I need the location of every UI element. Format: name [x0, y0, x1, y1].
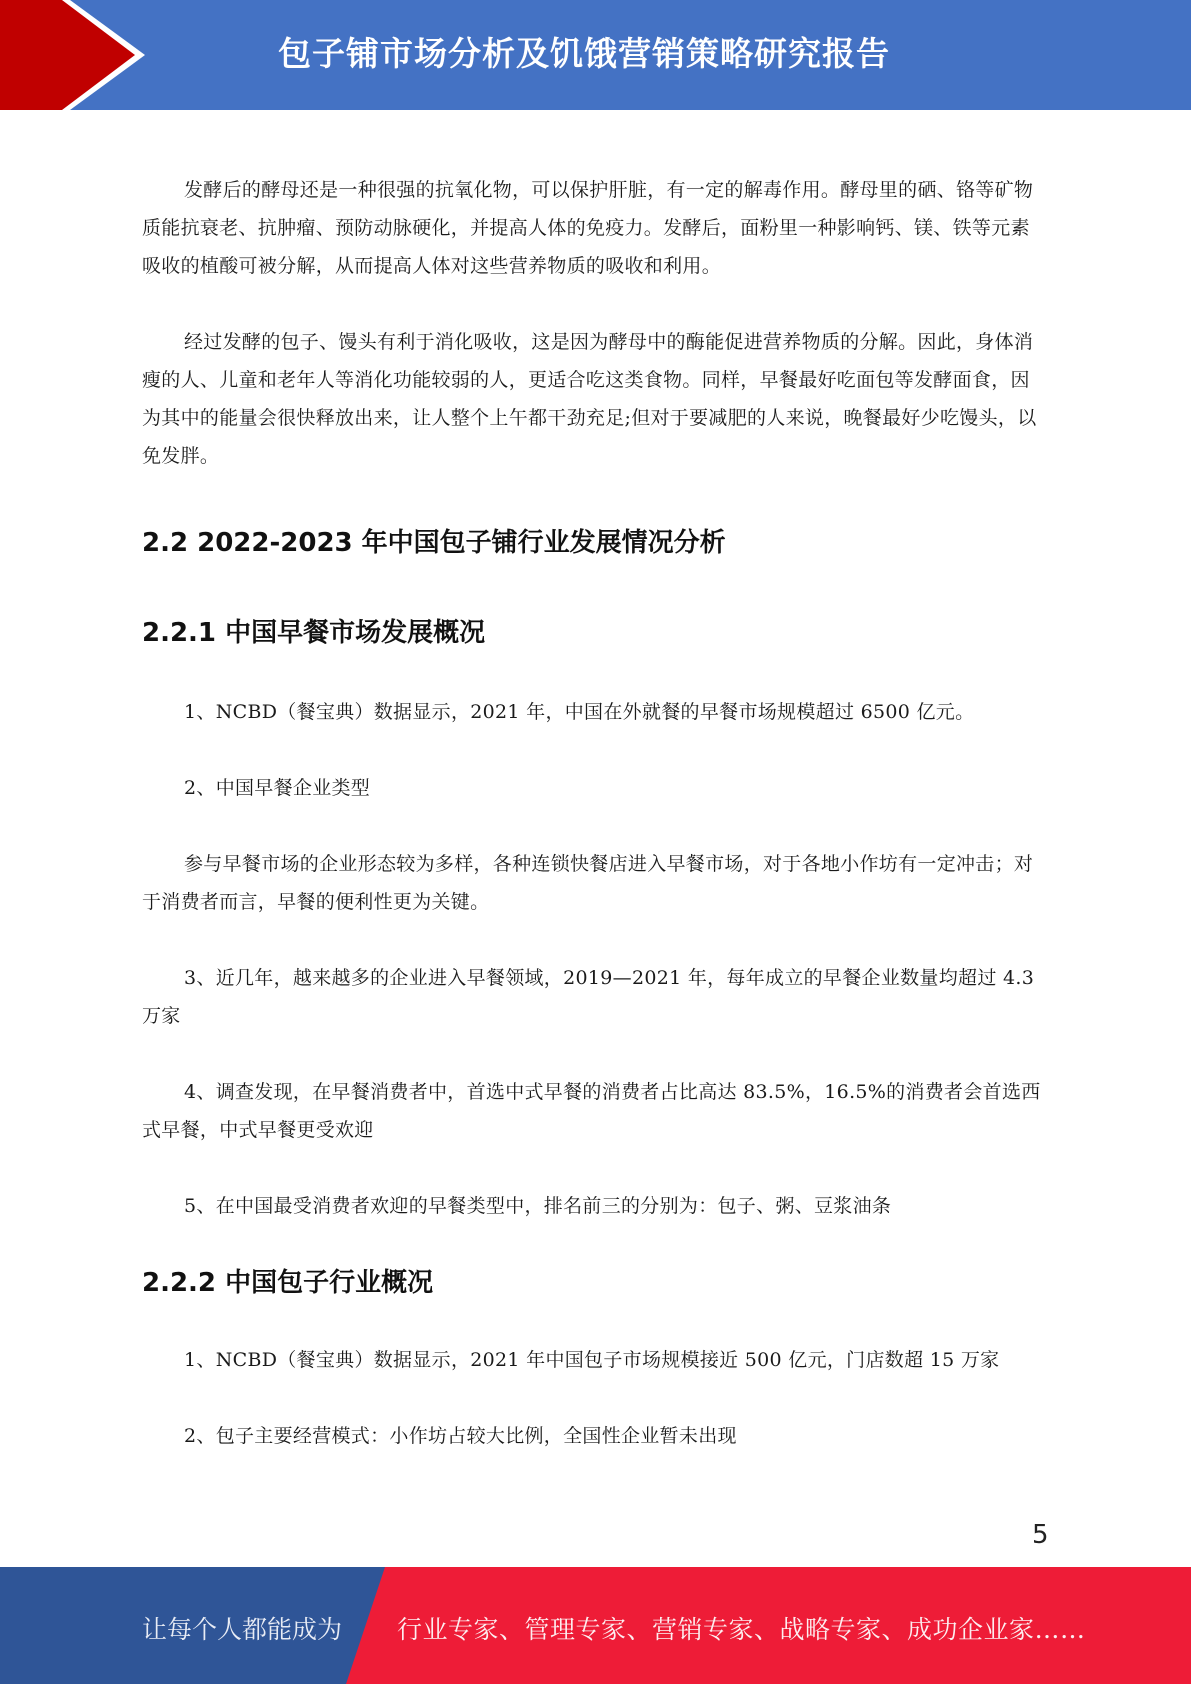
- list-item: 1、NCBD（餐宝典）数据显示，2021 年中国包子市场规模接近 500 亿元，…: [142, 1341, 1047, 1379]
- page-footer: 让每个人都能成为 行业专家、管理专家、营销专家、战略专家、成功企业家……: [0, 1567, 1191, 1684]
- footer-slogan-left: 让每个人都能成为: [142, 1610, 342, 1646]
- section-heading-2-2-2: 2.2.2 中国包子行业概况: [142, 1262, 433, 1299]
- page-header: 包子铺市场分析及饥饿营销策略研究报告: [0, 0, 1191, 110]
- report-title: 包子铺市场分析及饥饿营销策略研究报告: [278, 28, 890, 75]
- section-heading-2-2-1: 2.2.1 中国早餐市场发展概况: [142, 612, 485, 649]
- page-number: 5: [1032, 1520, 1049, 1550]
- list-item: 4、调查发现，在早餐消费者中，首选中式早餐的消费者占比高达 83.5%，16.5…: [142, 1073, 1047, 1149]
- list-item: 2、包子主要经营模式：小作坊占较大比例，全国性企业暂未出现: [142, 1417, 1047, 1455]
- list-item: 5、在中国最受消费者欢迎的早餐类型中，排名前三的分别为：包子、粥、豆浆油条: [142, 1187, 1047, 1225]
- paragraph-fermentation-digestion: 经过发酵的包子、馒头有利于消化吸收，这是因为酵母中的酶能促进营养物质的分解。因此…: [142, 323, 1047, 475]
- red-arrow-decoration: [0, 0, 160, 110]
- paragraph-fermentation-antioxidant: 发酵后的酵母还是一种很强的抗氧化物，可以保护肝脏，有一定的解毒作用。酵母里的硒、…: [142, 171, 1047, 285]
- list-item: 3、近几年，越来越多的企业进入早餐领域，2019—2021 年，每年成立的早餐企…: [142, 959, 1047, 1035]
- footer-slogan-right: 行业专家、管理专家、营销专家、战略专家、成功企业家……: [397, 1610, 1086, 1646]
- list-item: 1、NCBD（餐宝典）数据显示，2021 年，中国在外就餐的早餐市场规模超过 6…: [142, 693, 1047, 731]
- list-item: 2、中国早餐企业类型: [142, 769, 1047, 807]
- list-item: 参与早餐市场的企业形态较为多样，各种连锁快餐店进入早餐市场，对于各地小作坊有一定…: [142, 845, 1047, 921]
- section-heading-2-2: 2.2 2022-2023 年中国包子铺行业发展情况分析: [142, 522, 726, 559]
